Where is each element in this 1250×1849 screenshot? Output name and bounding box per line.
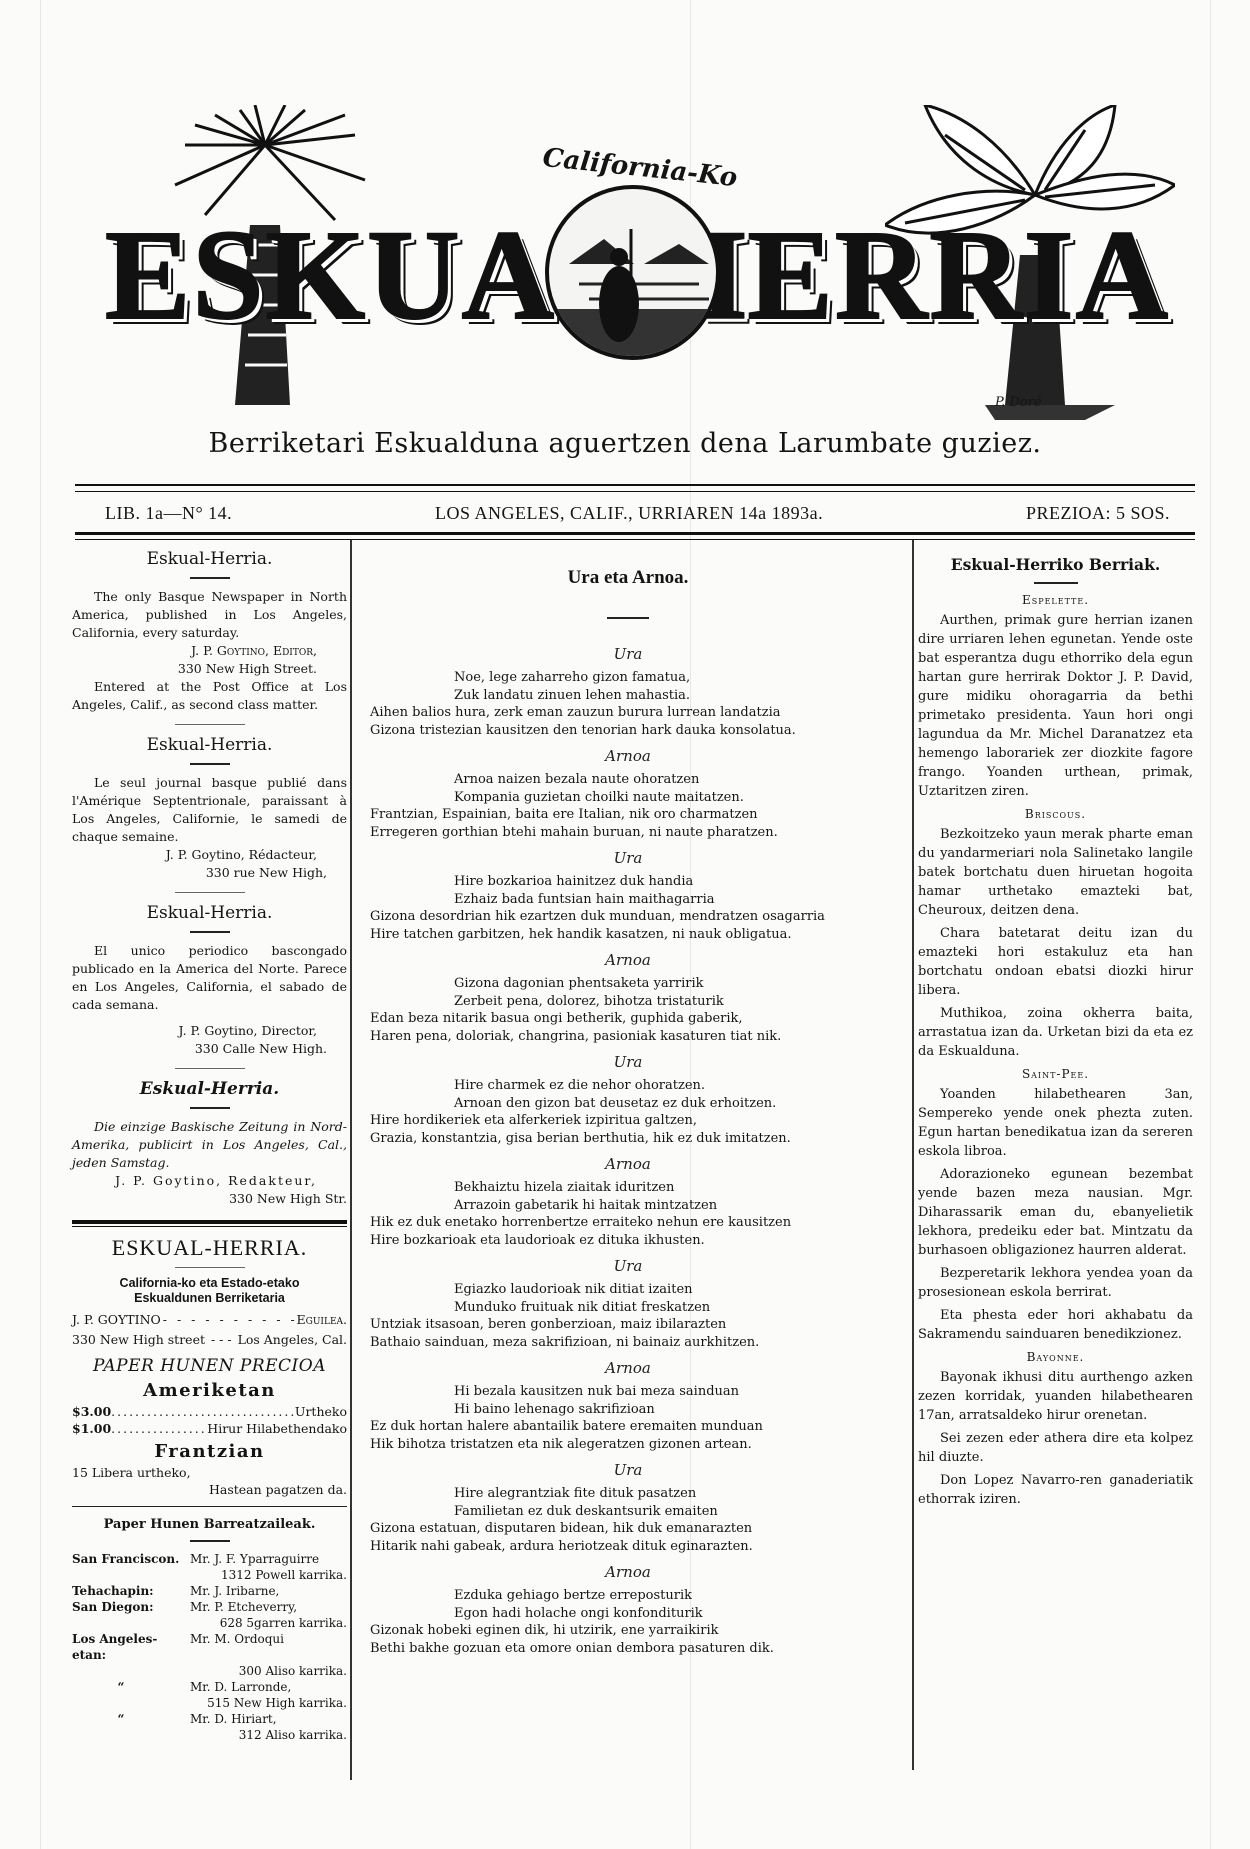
poem-stanza: UraNoe, lege zaharreho gizon famatua,Zuk…	[358, 645, 898, 739]
divider	[175, 1267, 245, 1268]
verse-line: Hire bozkarioak eta laudorioak ez dituka…	[370, 1232, 898, 1250]
verse-line: Noe, lege zaharreho gizon famatua,	[370, 669, 898, 687]
publisher-role: Eguilea.	[297, 1310, 347, 1330]
notice-body: The only Basque Newspaper in North Ameri…	[72, 588, 347, 642]
verse-line: Hire tatchen garbitzen, hek handik kasat…	[370, 926, 898, 944]
stanza-speaker: Ura	[358, 645, 898, 663]
verse-line: Hire hordikeriek eta alferkeriek izpirit…	[370, 1112, 898, 1130]
poem-column: Ura eta Arnoa. UraNoe, lege zaharreho gi…	[358, 545, 898, 1665]
stanza-speaker: Arnoa	[358, 1155, 898, 1173]
price: PREZIOA: 5 SOS.	[1026, 503, 1170, 524]
section-rule	[72, 1220, 347, 1224]
divider	[190, 931, 230, 933]
agent-row: Los Angeles-etan:Mr. M. Ordoqui	[72, 1631, 347, 1663]
left-column: Eskual-Herria. The only Basque Newspaper…	[72, 545, 347, 1743]
news-paragraph: Muthikoa, zoina okherra baita, arrastatu…	[918, 1004, 1193, 1061]
notice-heading: Eskual-Herria.	[72, 903, 347, 923]
leader-dots: - - - - - - - - - - - - - -	[161, 1310, 297, 1330]
verse-line: Gizona estatuan, disputaren bidean, hik …	[370, 1520, 898, 1538]
verse-line: Hi baino lehenago sakrifizioan	[370, 1401, 898, 1419]
price-row: $3.00 ..................................…	[72, 1403, 347, 1420]
notice-heading: Eskual-Herria.	[72, 1079, 347, 1099]
subscription-subheading: Eskualdunen Berriketaria	[72, 1291, 347, 1306]
masthead-title-right: HERRIA	[646, 211, 1170, 339]
price-row: $1.00 ..................................…	[72, 1420, 347, 1437]
poem-stanza: ArnoaEzduka gehiago bertze erreposturikE…	[358, 1563, 898, 1657]
verse-line: Gizona dagonian phentsaketa yarririk	[370, 975, 898, 993]
divider	[175, 1068, 245, 1069]
agent-row: “Mr. D. Larronde,	[72, 1679, 347, 1695]
news-paragraph: Chara batetarat deitu izan du emazteki h…	[918, 924, 1193, 1000]
price-amount: $3.00	[72, 1403, 111, 1420]
stanza-speaker: Arnoa	[358, 747, 898, 765]
dateline-rule-top	[75, 484, 1195, 486]
notice-editor: J. P. Goytino, Editor,	[72, 642, 347, 660]
notice-body: Le seul journal basque publié dans l'Amé…	[72, 774, 347, 846]
notice-body: El unico periodico bascongado publicado …	[72, 942, 347, 1014]
news-heading: Eskual-Herriko Berriak.	[918, 555, 1193, 574]
price-amount: $1.00	[72, 1420, 111, 1437]
agent-row: San Diegon:Mr. P. Etcheverry,	[72, 1599, 347, 1615]
verse-line: Ezduka gehiago bertze erreposturik	[370, 1587, 898, 1605]
divider	[1034, 582, 1078, 584]
news-paragraph: Don Lopez Navarro-ren ganaderiatik ethor…	[918, 1471, 1193, 1509]
news-paragraph: Adorazioneko egunean bezembat yende baze…	[918, 1165, 1193, 1260]
verse-line: Erregeren gorthian btehi mahain buruan, …	[370, 824, 898, 842]
verse-line: Ez duk hortan halere abantailik batere e…	[370, 1418, 898, 1436]
address-city: Los Angeles, Cal.	[238, 1330, 347, 1350]
volume-number: LIB. 1a—N° 14.	[105, 503, 232, 524]
verse-line: Bekhaiztu hizela ziaitak iduritzen	[370, 1179, 898, 1197]
verse-line: Aihen balios hura, zerk eman zauzun buru…	[370, 704, 898, 722]
stanza-speaker: Arnoa	[358, 1563, 898, 1581]
leader-dots: - - -	[211, 1330, 232, 1350]
notice-address: 330 Calle New High.	[72, 1040, 347, 1058]
verse-line: Ezhaiz bada funtsian hain maithagarria	[370, 891, 898, 909]
news-place-heading: Briscous.	[918, 807, 1193, 821]
price-term: Hirur Hilabethendako	[207, 1420, 347, 1437]
verse-line: Zerbeit pena, dolorez, bihotza tristatur…	[370, 993, 898, 1011]
verse-line: Untziak itsasoan, beren gonberzioan, mai…	[370, 1316, 898, 1334]
scan-artifact	[1210, 0, 1211, 1849]
verse-line: Hitarik nahi gabeak, ardura heriotzeak d…	[370, 1538, 898, 1556]
verse-line: Bathaio sainduan, meza sakrifizioan, ni …	[370, 1334, 898, 1352]
publisher-name: J. P. GOYTINO	[72, 1310, 161, 1330]
agent-row: San Franciscon.Mr. J. F. Yparraguirre	[72, 1551, 347, 1567]
poem-stanza: UraEgiazko laudorioak nik ditiat izaiten…	[358, 1257, 898, 1351]
agent-address: 515 New High karrika.	[72, 1695, 347, 1711]
news-sections: Espelette.Aurthen, primak gure herrian i…	[918, 593, 1193, 1509]
price-heading: PAPER HUNEN PRECIOA	[72, 1356, 347, 1376]
notice-english: Eskual-Herria. The only Basque Newspaper…	[72, 549, 347, 725]
verse-line: Edan beza nitarik basua ongi betherik, g…	[370, 1010, 898, 1028]
stanza-speaker: Arnoa	[358, 951, 898, 969]
verse-line: Hire alegrantziak fite dituk pasatzen	[370, 1485, 898, 1503]
california-seal-icon	[545, 185, 720, 360]
verse-line: Hik ez duk enetako horrenbertze erraitek…	[370, 1214, 898, 1232]
verse-line: Familietan ez duk deskantsurik emaiten	[370, 1503, 898, 1521]
stanza-speaker: Ura	[358, 1257, 898, 1275]
verse-line: Munduko fruituak nik ditiat freskatzen	[370, 1299, 898, 1317]
agent-row: Tehachapin:Mr. J. Iribarne,	[72, 1583, 347, 1599]
place-date: LOS ANGELES, CALIF., URRIAREN 14a 1893a.	[435, 503, 823, 524]
agent-row: “Mr. D. Hiriart,	[72, 1711, 347, 1727]
news-paragraph: Bayonak ikhusi ditu aurthengo azken zeze…	[918, 1368, 1193, 1425]
news-paragraph: Yoanden hilabethearen 3an, Sempereko yen…	[918, 1085, 1193, 1161]
france-price: 15 Libera urtheko,	[72, 1464, 347, 1481]
tagline: Berriketari Eskualduna aguertzen dena La…	[0, 428, 1250, 459]
stanza-speaker: Arnoa	[358, 1359, 898, 1377]
notice-address: 330 New High Street.	[72, 660, 347, 678]
news-place-heading: Saint-Pee.	[918, 1067, 1193, 1081]
france-note: Hastean pagatzen da.	[72, 1481, 347, 1498]
price-term: Urtheko	[295, 1403, 347, 1420]
notice-spanish: Eskual-Herria. El unico periodico bascon…	[72, 903, 347, 1069]
poem-stanza: UraHire alegrantziak fite dituk pasatzen…	[358, 1461, 898, 1555]
section-rule	[72, 1506, 347, 1507]
notice-address: 330 New High Str.	[72, 1190, 347, 1208]
agents-heading: Paper Hunen Barreatzaileak.	[72, 1517, 347, 1532]
stanza-speaker: Ura	[358, 1461, 898, 1479]
column-divider	[912, 540, 914, 1770]
divider	[175, 892, 245, 893]
poem-stanza: ArnoaBekhaiztu hizela ziaitak iduritzenA…	[358, 1155, 898, 1249]
verse-line: Haren pena, doloriak, changrina, pasioni…	[370, 1028, 898, 1046]
publisher-row: J. P. GOYTINO - - - - - - - - - - - - - …	[72, 1310, 347, 1330]
notice-address: 330 rue New High,	[72, 864, 347, 882]
dateline-rule-top-thin	[75, 491, 1195, 492]
address-row: 330 New High street - - - Los Angeles, C…	[72, 1330, 347, 1350]
poem-title: Ura eta Arnoa.	[358, 567, 898, 589]
notice-heading: Eskual-Herria.	[72, 549, 347, 569]
verse-line: Gizonak hobeki eginen dik, hi utzirik, e…	[370, 1622, 898, 1640]
poem-stanza: ArnoaArnoa naizen bezala naute ohoratzen…	[358, 747, 898, 841]
agent-address: 312 Aliso karrika.	[72, 1727, 347, 1743]
column-divider	[350, 540, 352, 1780]
notice-editor: J. P. Goytino, Redakteur,	[72, 1172, 347, 1190]
news-paragraph: Aurthen, primak gure herrian izanen dire…	[918, 611, 1193, 801]
verse-line: Bethi bakhe gozuan eta omore onian dembo…	[370, 1640, 898, 1658]
america-heading: Ameriketan	[72, 1380, 347, 1401]
subscription-heading: ESKUAL-HERRIA.	[72, 1235, 347, 1261]
verse-line: Hi bezala kausitzen nuk bai meza saindua…	[370, 1383, 898, 1401]
verse-line: Zuk landatu zinuen lehen mahastia.	[370, 687, 898, 705]
verse-line: Egon hadi holache ongi konfonditurik	[370, 1605, 898, 1623]
verse-line: Hire charmek ez die nehor ohoratzen.	[370, 1077, 898, 1095]
poem-stanza: UraHire charmek ez die nehor ohoratzen.A…	[358, 1053, 898, 1147]
notice-heading: Eskual-Herria.	[72, 735, 347, 755]
verse-line: Hik bihotza tristatzen eta nik alegeratz…	[370, 1436, 898, 1454]
verse-line: Frantzian, Espainian, baita ere Italian,…	[370, 806, 898, 824]
notice-french: Eskual-Herria. Le seul journal basque pu…	[72, 735, 347, 893]
news-paragraph: Bezkoitzeko yaun merak pharte eman du ya…	[918, 825, 1193, 920]
leader-dots: ........................................…	[111, 1403, 295, 1420]
verse-line: Arrazoin gabetarik hi haitak mintzatzen	[370, 1197, 898, 1215]
divider	[175, 724, 245, 725]
france-heading: Frantzian	[72, 1441, 347, 1462]
verse-line: Kompania guzietan choilki naute maitatze…	[370, 789, 898, 807]
leader-dots: ........................................…	[111, 1420, 207, 1437]
subscription-subheading: California-ko eta Estado-etako	[72, 1276, 347, 1291]
notice-entry: Entered at the Post Office at Los Angele…	[72, 678, 347, 714]
verse-line: Egiazko laudorioak nik ditiat izaiten	[370, 1281, 898, 1299]
poem-stanzas: UraNoe, lege zaharreho gizon famatua,Zuk…	[358, 645, 898, 1657]
news-place-heading: Espelette.	[918, 593, 1193, 607]
verse-line: Gizona desordrian hik ezartzen duk mundu…	[370, 908, 898, 926]
divider	[190, 763, 230, 765]
news-paragraph: Bezperetarik lekhora yendea yoan da pros…	[918, 1264, 1193, 1302]
poem-stanza: UraHire bozkarioa hainitzez duk handiaEz…	[358, 849, 898, 943]
poem-stanza: ArnoaGizona dagonian phentsaketa yarriri…	[358, 951, 898, 1045]
dateline: LIB. 1a—N° 14. LOS ANGELES, CALIF., URRI…	[105, 503, 1170, 524]
divider	[607, 617, 649, 619]
agent-address: 1312 Powell karrika.	[72, 1567, 347, 1583]
notice-body: Die einzige Baskische Zeitung in Nord-Am…	[72, 1118, 347, 1172]
news-paragraph: Sei zezen eder athera dire eta kolpez hi…	[918, 1429, 1193, 1467]
dateline-rule-bottom	[75, 532, 1195, 535]
news-place-heading: Bayonne.	[918, 1350, 1193, 1364]
address-street: 330 New High street	[72, 1330, 205, 1350]
stanza-speaker: Ura	[358, 849, 898, 867]
notice-editor: J. P. Goytino, Rédacteur,	[72, 846, 347, 864]
divider	[190, 1107, 230, 1109]
agent-address: 300 Aliso karrika.	[72, 1663, 347, 1679]
section-rule-thin	[72, 1226, 347, 1227]
agents-list: Paper Hunen Barreatzaileak. San Francisc…	[72, 1517, 347, 1743]
news-column: Eskual-Herriko Berriak. Espelette.Aurthe…	[918, 545, 1193, 1513]
masthead: ESKUAL HERRIA California-Ko P. Doré	[95, 105, 1170, 425]
stanza-speaker: Ura	[358, 1053, 898, 1071]
subscription-box: ESKUAL-HERRIA. California-ko eta Estado-…	[72, 1235, 347, 1498]
verse-line: Arnoan den gizon bat deusetaz ez duk erh…	[370, 1095, 898, 1113]
divider	[190, 1540, 230, 1542]
news-paragraph: Eta phesta eder hori akhabatu da Sakrame…	[918, 1306, 1193, 1344]
scan-artifact	[40, 0, 41, 1849]
verse-line: Hire bozkarioa hainitzez duk handia	[370, 873, 898, 891]
divider	[190, 577, 230, 579]
artist-signature: P. Doré	[995, 395, 1042, 410]
poem-stanza: ArnoaHi bezala kausitzen nuk bai meza sa…	[358, 1359, 898, 1453]
agent-address: 628 5garren karrika.	[72, 1615, 347, 1631]
verse-line: Gizona tristezian kausitzen den tenorian…	[370, 722, 898, 740]
dateline-rule-bottom-thin	[75, 539, 1195, 540]
notice-editor: J. P. Goytino, Director,	[72, 1022, 347, 1040]
verse-line: Grazia, konstantzia, gisa berian berthut…	[370, 1130, 898, 1148]
notice-german: Eskual-Herria. Die einzige Baskische Zei…	[72, 1079, 347, 1208]
verse-line: Arnoa naizen bezala naute ohoratzen	[370, 771, 898, 789]
